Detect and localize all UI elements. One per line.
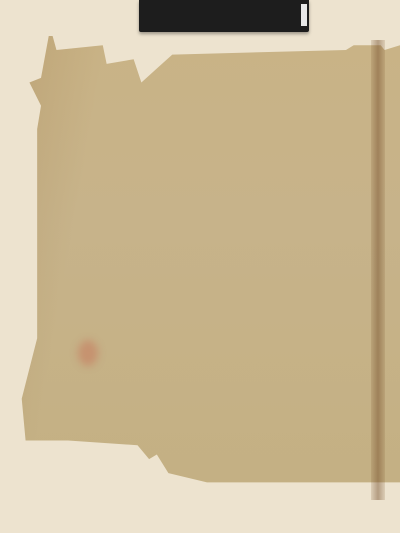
parchment-leaf — [14, 36, 400, 501]
color-calibration-card — [139, 0, 309, 32]
red-stain — [78, 340, 98, 366]
binding-fold — [371, 40, 385, 500]
calibration-label — [301, 4, 307, 26]
